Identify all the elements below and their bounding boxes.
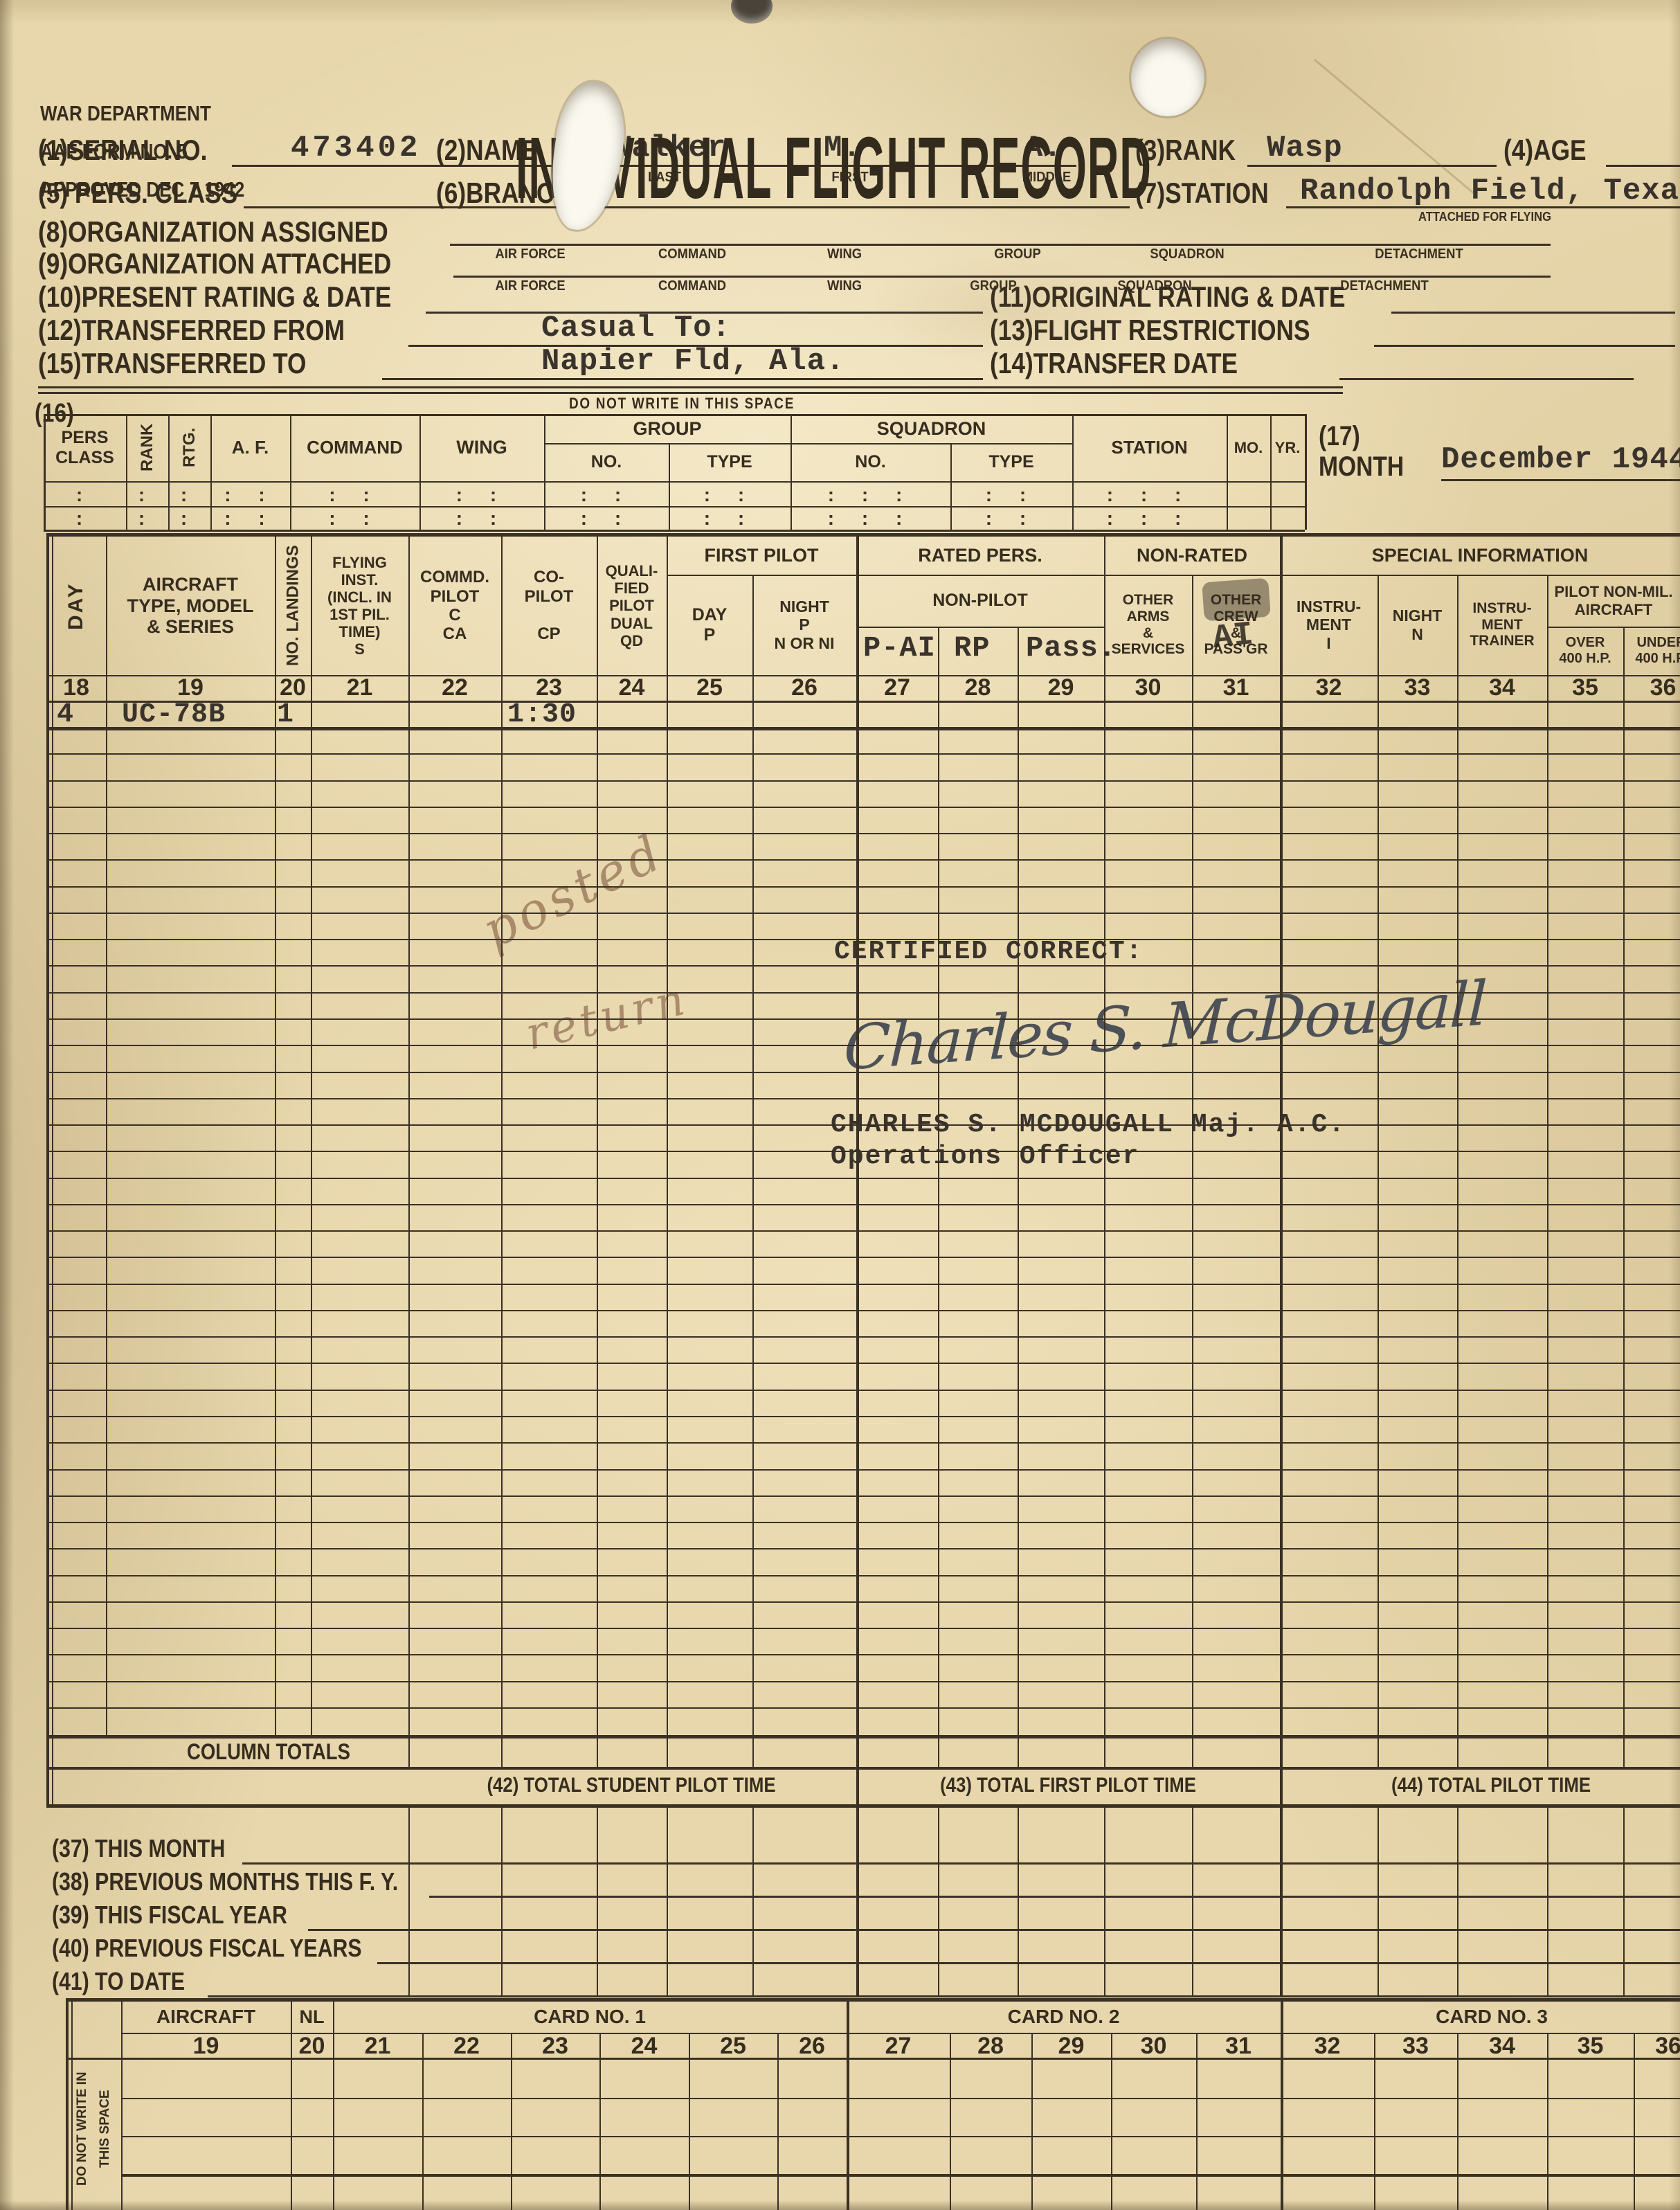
box16-colon-marks: : : : xyxy=(791,508,950,530)
grid-line xyxy=(597,1804,598,1995)
grid-line xyxy=(46,1575,1680,1576)
grid-line xyxy=(333,1998,334,2210)
grid-line xyxy=(46,833,1680,834)
column-number: 19 xyxy=(193,2034,219,2058)
grid-line xyxy=(1623,1804,1625,1995)
box16-colon-marks: : : : xyxy=(1072,485,1227,507)
grid-line xyxy=(46,1469,1680,1471)
form-stamp-block: WAR DEPARTMENT AAF FORM NO. 5 APPROVED D… xyxy=(40,102,283,200)
grid-line xyxy=(66,1998,69,2210)
grid-line xyxy=(46,1804,1680,1808)
grid-line xyxy=(1281,1998,1283,2210)
grid-line xyxy=(377,1962,1680,1964)
grid-line xyxy=(46,533,1680,537)
column-number: 25 xyxy=(720,2034,746,2058)
box16-colon-marks xyxy=(1270,485,1305,507)
box16-colon-marks xyxy=(1270,508,1305,530)
grid-line xyxy=(46,965,1680,967)
column-number: 30 xyxy=(1141,2034,1167,2058)
grid-line xyxy=(46,1681,1680,1682)
box16-colon-marks: : : xyxy=(210,485,290,507)
grid-line xyxy=(46,727,1680,730)
box16-colon-marks: : xyxy=(44,485,126,507)
grid-line xyxy=(1280,533,1283,1995)
column-number: 31 xyxy=(1225,2034,1252,2058)
agency-name: WAR DEPARTMENT xyxy=(40,102,244,124)
grid-line xyxy=(46,701,1680,703)
grid-line xyxy=(847,1998,849,2210)
grid-line xyxy=(1192,1804,1193,1995)
grid-line xyxy=(46,1230,1680,1232)
grid-line xyxy=(46,1124,1680,1126)
grid-line xyxy=(46,1654,1680,1655)
column-number: 23 xyxy=(542,2034,568,2058)
grid-line xyxy=(46,1522,1680,1523)
grid-line xyxy=(1104,1804,1105,1995)
grid-line xyxy=(46,1548,1680,1549)
grid-line xyxy=(46,1707,1680,1709)
grid-line xyxy=(1547,627,1680,628)
box16-colon-marks: : : xyxy=(544,485,669,507)
grid-line xyxy=(46,807,1680,808)
column-number: 29 xyxy=(1048,676,1074,699)
box16-colon-marks: : : xyxy=(544,508,669,530)
box16-colon-marks: : : : xyxy=(1072,508,1227,530)
column-number: 36 xyxy=(1650,676,1677,699)
column-number: 32 xyxy=(1316,676,1342,699)
grid-line xyxy=(46,992,1680,994)
grid-line xyxy=(938,1804,939,1995)
box16-colon-marks: : : xyxy=(419,508,544,530)
grid-line xyxy=(856,533,859,1995)
box16-colon-marks: : : : xyxy=(791,485,950,507)
column-number: 28 xyxy=(965,676,991,699)
grid-line xyxy=(46,859,1680,861)
column-number: 26 xyxy=(799,2034,825,2058)
grid-line xyxy=(1623,627,1625,1767)
grid-line xyxy=(46,939,1680,940)
grid-line xyxy=(44,481,1305,483)
column-number: 23 xyxy=(536,676,562,699)
grid-line xyxy=(52,533,53,1804)
column-number: 34 xyxy=(1489,2034,1515,2058)
box16-colon-marks: : : xyxy=(210,508,290,530)
column-number: 28 xyxy=(977,2034,1004,2058)
column-number: 22 xyxy=(442,676,468,699)
box16-colon-marks: : : xyxy=(669,508,791,530)
box16-colon-marks: : : xyxy=(290,485,419,507)
grid-line xyxy=(46,1363,1680,1364)
grid-line xyxy=(46,1178,1680,1179)
box16-colon-marks: : xyxy=(126,485,168,507)
box16-colon-marks: : : xyxy=(950,508,1072,530)
column-number: 36 xyxy=(1655,2034,1680,2058)
grid-line xyxy=(544,443,1072,444)
column-number: 33 xyxy=(1404,676,1431,699)
box16-colon-marks: : xyxy=(168,508,210,530)
column-number: 30 xyxy=(1135,676,1162,699)
box16-colon-marks: : : xyxy=(669,485,791,507)
grid-line xyxy=(46,533,49,1804)
grid-line xyxy=(1547,1804,1548,1995)
column-number: 34 xyxy=(1489,676,1515,699)
grid-line xyxy=(46,1098,1680,1099)
grid-line xyxy=(46,1045,1680,1046)
grid-line xyxy=(938,627,939,1767)
grid-line xyxy=(46,1072,1680,1073)
form-grid: 18192021222324252627282930313233343536::… xyxy=(0,0,1680,2210)
grid-line xyxy=(46,1204,1680,1205)
column-number: 19 xyxy=(177,676,204,699)
individual-flight-record-form: 18192021222324252627282930313233343536::… xyxy=(0,0,1680,2210)
grid-line xyxy=(1378,1804,1379,1995)
box16-colon-marks: : : xyxy=(290,508,419,530)
grid-line xyxy=(46,1767,1680,1770)
grid-line xyxy=(46,753,1680,755)
grid-line xyxy=(121,2174,1680,2177)
column-number: 26 xyxy=(791,676,818,699)
grid-line xyxy=(46,1442,1680,1444)
column-number: 35 xyxy=(1572,676,1598,699)
box16-colon-marks: : xyxy=(126,508,168,530)
column-number: 20 xyxy=(299,2034,325,2058)
grid-line xyxy=(46,1018,1680,1020)
grid-line xyxy=(46,1628,1680,1629)
grid-line xyxy=(752,1804,754,1995)
column-number: 27 xyxy=(884,676,910,699)
column-number: 21 xyxy=(365,2034,391,2058)
grid-line xyxy=(856,627,1104,628)
grid-line xyxy=(46,1416,1680,1417)
column-number: 35 xyxy=(1578,2034,1604,2058)
grid-line xyxy=(121,2098,1680,2099)
grid-line xyxy=(46,913,1680,914)
grid-line xyxy=(291,1998,292,2210)
approved-date: APPROVED DEC 7 1942 xyxy=(40,179,244,200)
grid-line xyxy=(46,1310,1680,1311)
column-number: 29 xyxy=(1058,2034,1085,2058)
column-number: 25 xyxy=(696,676,723,699)
grid-line xyxy=(46,1284,1680,1285)
column-number: 31 xyxy=(1223,676,1249,699)
grid-line xyxy=(242,1862,1680,1865)
grid-line xyxy=(46,886,1680,888)
grid-line xyxy=(311,537,312,1735)
column-number: 21 xyxy=(347,676,373,699)
column-number: 20 xyxy=(280,676,306,699)
grid-line xyxy=(1305,414,1307,530)
grid-line xyxy=(46,780,1680,782)
grid-line xyxy=(106,537,107,1735)
grid-line xyxy=(1457,1804,1458,1995)
grid-line xyxy=(501,1804,503,1995)
grid-line xyxy=(408,1804,410,1995)
grid-line xyxy=(121,2136,1680,2137)
grid-line xyxy=(46,1601,1680,1603)
grid-line xyxy=(667,575,1680,576)
grid-line xyxy=(46,1151,1680,1152)
grid-line xyxy=(429,1896,1680,1898)
grid-line xyxy=(667,1804,668,1995)
grid-line xyxy=(66,1998,1680,2002)
column-number: 24 xyxy=(631,2034,658,2058)
grid-line xyxy=(46,1336,1680,1338)
grid-line xyxy=(71,1998,73,2210)
form-number: AAF FORM NO. 5 xyxy=(40,141,244,162)
column-number: 24 xyxy=(619,676,645,699)
box16-colon-marks xyxy=(1227,485,1270,507)
box16-colon-marks: : xyxy=(168,485,210,507)
column-number: 27 xyxy=(885,2034,912,2058)
grid-line xyxy=(208,1995,1680,1997)
grid-line xyxy=(46,1735,1680,1739)
box16-colon-marks: : : xyxy=(950,485,1072,507)
box16-colon-marks xyxy=(1227,508,1270,530)
grid-line xyxy=(1018,1804,1019,1995)
grid-line xyxy=(121,1998,123,2210)
column-number: 22 xyxy=(453,2034,480,2058)
box16-colon-marks: : xyxy=(44,508,126,530)
grid-line xyxy=(46,1495,1680,1497)
grid-line xyxy=(1018,627,1019,1767)
grid-line xyxy=(308,1929,1680,1931)
grid-line xyxy=(46,1257,1680,1258)
grid-line xyxy=(275,537,276,1735)
column-number: 18 xyxy=(63,676,89,699)
column-number: 32 xyxy=(1315,2034,1341,2058)
grid-line xyxy=(46,1390,1680,1391)
grid-line xyxy=(44,414,1305,416)
hole-punch-right xyxy=(1131,39,1204,116)
column-number: 33 xyxy=(1402,2034,1429,2058)
box16-colon-marks: : : xyxy=(419,485,544,507)
